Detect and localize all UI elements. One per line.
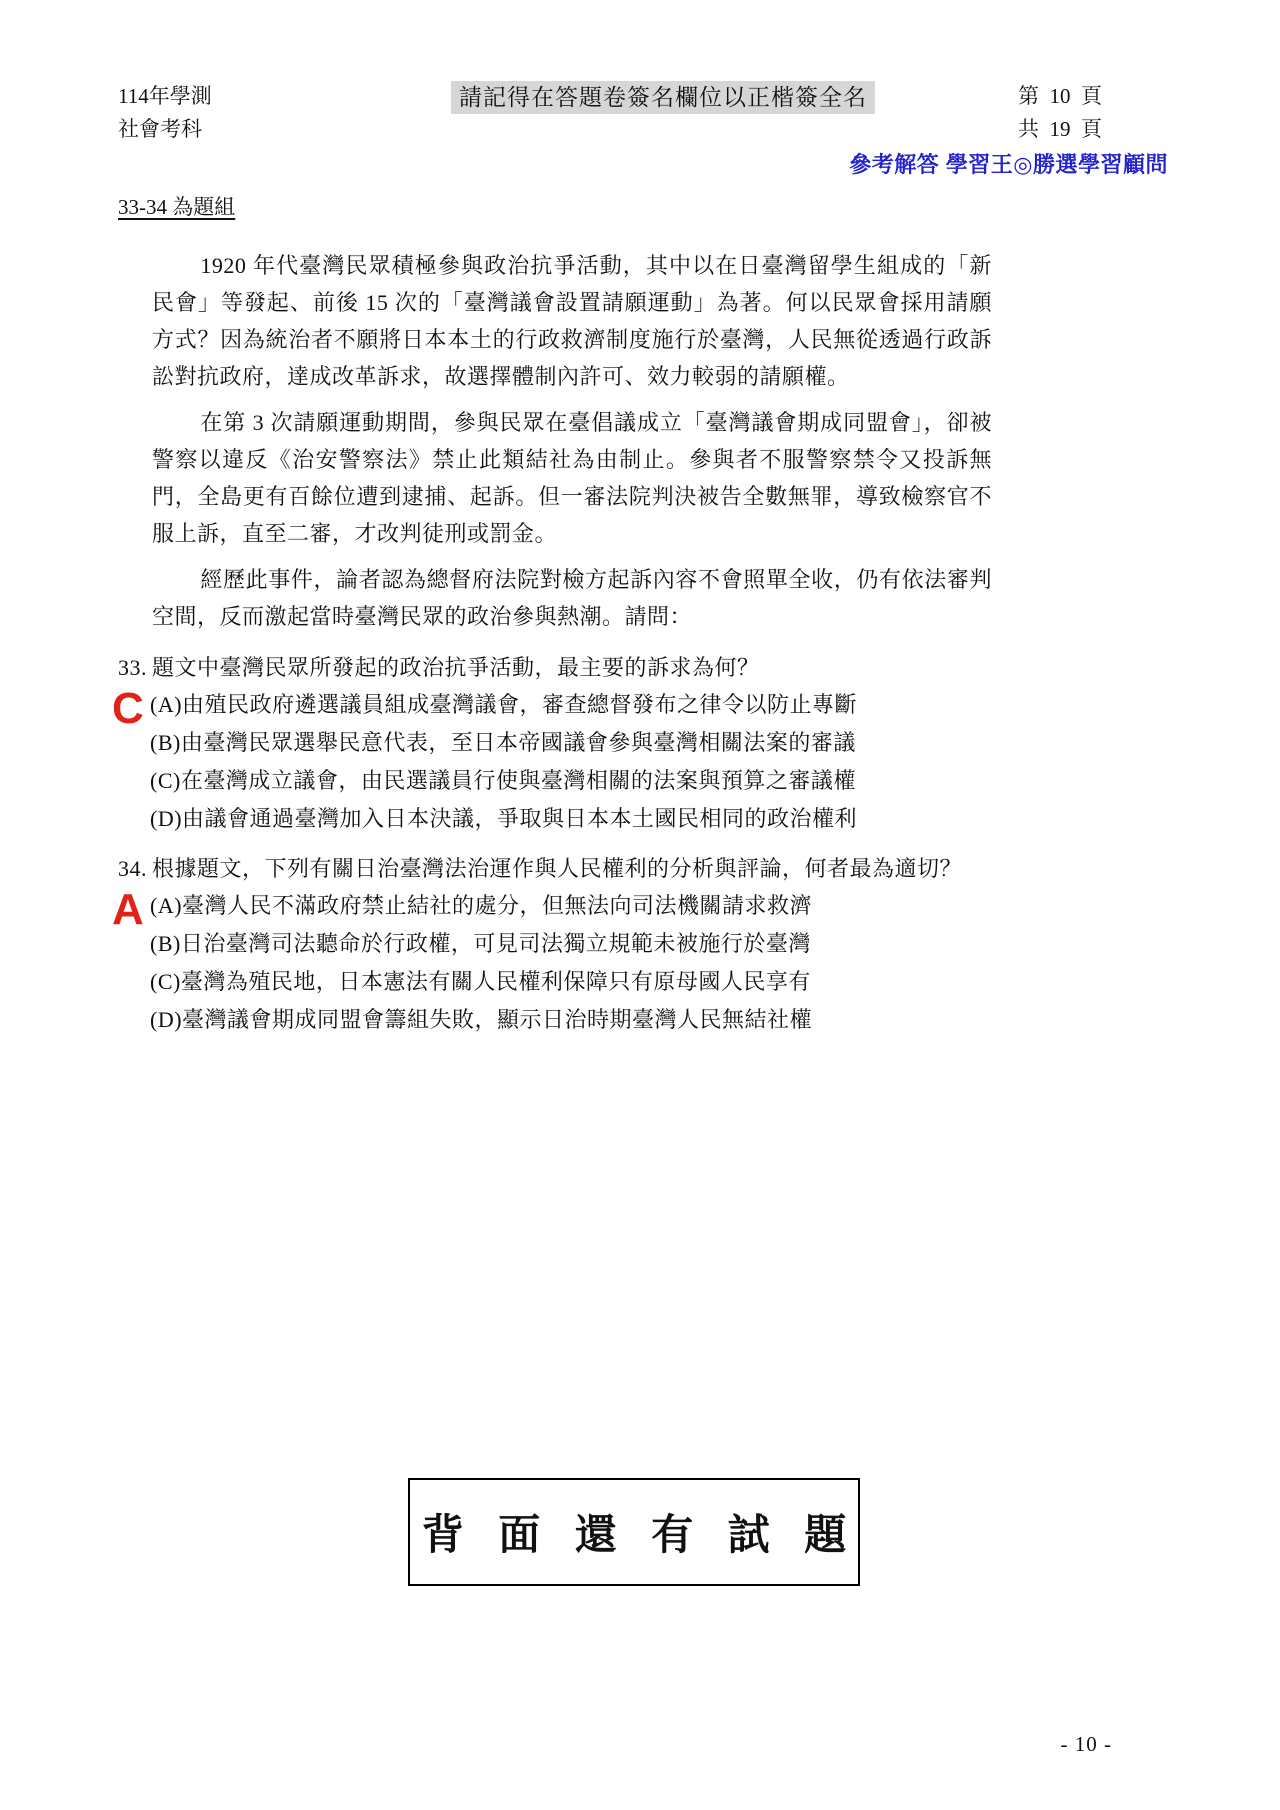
exam-year-label: 114年學測: [118, 80, 348, 113]
exam-subject-label: 社會考科: [118, 113, 348, 146]
header-center: 請記得在答題卷簽名欄位以正楷簽全名: [348, 80, 978, 114]
question-34-option-d: (D)臺灣議會期成同盟會籌組失敗，顯示日治時期臺灣人民無結社權: [150, 1001, 1168, 1039]
question-34-option-a: (A)臺灣人民不滿政府禁止結社的處分，但無法向司法機關請求救濟: [150, 887, 1168, 925]
question-33-answer-mark: C: [112, 685, 144, 733]
question-33-option-b: (B)由臺灣民眾選舉民意代表，至日本帝國議會參與臺灣相關法案的審議: [150, 724, 1168, 762]
question-33-option-c: (C)在臺灣成立議會，由民選議員行使與臺灣相關的法案與預算之審議權: [150, 762, 1168, 800]
passage-paragraph-2: 在第 3 次請願運動期間，參與民眾在臺倡議成立「臺灣議會期成同盟會」，卻被警察以…: [152, 404, 992, 552]
question-34-options: (A)臺灣人民不滿政府禁止結社的處分，但無法向司法機關請求救濟 (B)日治臺灣司…: [150, 887, 1168, 1039]
question-34-option-b: (B)日治臺灣司法聽命於行政權，可見司法獨立規範未被施行於臺灣: [150, 925, 1168, 963]
question-33-options: (A)由殖民政府遴選議員組成臺灣議會，審查總督發布之律令以防止專斷 (B)由臺灣…: [150, 686, 1168, 838]
signature-notice: 請記得在答題卷簽名欄位以正楷簽全名: [451, 81, 875, 114]
question-34-stem: 34.根據題文，下列有關日治臺灣法治運作與人民權利的分析與評論，何者最為適切？: [118, 850, 1168, 887]
question-34-number: 34.: [118, 850, 152, 887]
back-side-notice-text: 背 面 還 有 試 題: [410, 1502, 859, 1562]
question-33-option-a: (A)由殖民政府遴選議員組成臺灣議會，審查總督發布之律令以防止專斷: [150, 686, 1168, 724]
exam-title-block: 114年學測 社會考科: [118, 80, 348, 146]
question-34: 34.根據題文，下列有關日治臺灣法治運作與人民權利的分析與評論，何者最為適切？ …: [118, 850, 1168, 1039]
page-total-label: 共 19 頁: [1018, 113, 1168, 146]
question-34-text: 根據題文，下列有關日治臺灣法治運作與人民權利的分析與評論，何者最為適切？: [152, 856, 962, 881]
question-33-option-d: (D)由議會通過臺灣加入日本決議，爭取與日本本土國民相同的政治權利: [150, 800, 1168, 838]
question-34-option-c: (C)臺灣為殖民地，日本憲法有關人民權利保障只有原母國人民享有: [150, 963, 1168, 1001]
back-side-notice-box: 背 面 還 有 試 題: [408, 1478, 860, 1586]
passage-paragraph-1: 1920 年代臺灣民眾積極參與政治抗爭活動，其中以在日臺灣留學生組成的「新民會」…: [152, 247, 992, 395]
question-33-number: 33.: [118, 649, 152, 686]
passage-paragraph-3: 經歷此事件，論者認為總督府法院對檢方起訴內容不會照單全收，仍有依法審判空間，反而…: [152, 561, 992, 635]
question-34-answer-mark: A: [112, 886, 144, 934]
page-number-block: 第 10 頁 共 19 頁: [978, 80, 1168, 146]
question-33-stem: 33.題文中臺灣民眾所發起的政治抗爭活動，最主要的訴求為何？: [118, 649, 1168, 686]
question-33: 33.題文中臺灣民眾所發起的政治抗爭活動，最主要的訴求為何？ C (A)由殖民政…: [118, 649, 1168, 838]
footer-page-number: - 10 -: [1061, 1732, 1113, 1757]
page-header: 114年學測 社會考科 請記得在答題卷簽名欄位以正楷簽全名 第 10 頁 共 1…: [118, 80, 1168, 146]
question-group-heading: 33-34 為題組: [118, 191, 1168, 221]
watermark-row: 參考解答 學習王◎勝選學習顧問: [118, 148, 1168, 179]
answer-key-watermark: 參考解答 學習王◎勝選學習顧問: [849, 152, 1168, 177]
question-33-text: 題文中臺灣民眾所發起的政治抗爭活動，最主要的訴求為何？: [152, 655, 760, 680]
page-number-label: 第 10 頁: [1018, 80, 1168, 113]
questions-section: 33.題文中臺灣民眾所發起的政治抗爭活動，最主要的訴求為何？ C (A)由殖民政…: [118, 649, 1168, 1039]
passage: 1920 年代臺灣民眾積極參與政治抗爭活動，其中以在日臺灣留學生組成的「新民會」…: [152, 247, 992, 635]
